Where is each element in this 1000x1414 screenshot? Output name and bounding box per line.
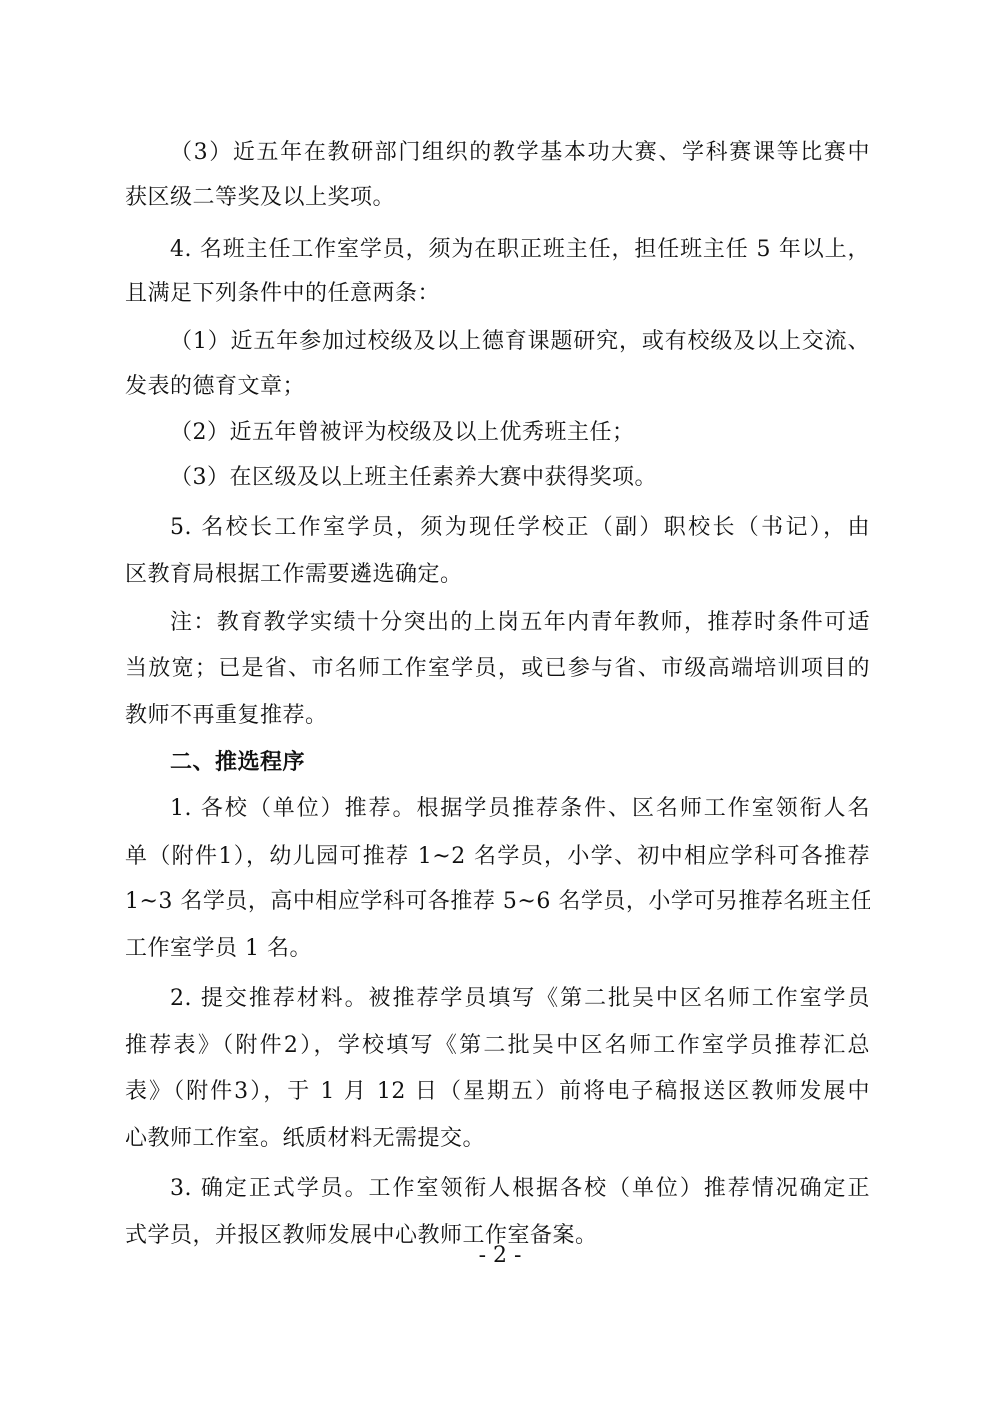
paragraph-line: 区教育局根据工作需要遴选确定。 [125,549,870,601]
paragraph-line: 注：教育教学实绩十分突出的上岗五年内青年教师，推荐时条件可适 [170,597,870,649]
paragraph-line: 教师不再重复推荐。 [125,690,870,742]
paragraph-line: 1. 各校（单位）推荐。根据学员推荐条件、区名师工作室领衔人名 [170,783,870,835]
paragraph-line: 且满足下列条件中的任意两条： [125,268,870,320]
paragraph-line: 工作室学员 1 名。 [125,923,870,975]
paragraph-line: 1~3 名学员，高中相应学科可各推荐 5~6 名学员，小学可另推荐名班主任 [125,876,870,928]
page-number: - 2 - [0,1236,1000,1276]
paragraph-line: 2. 提交推荐材料。被推荐学员填写《第二批吴中区名师工作室学员 [170,973,870,1025]
paragraph-line: 当放宽；已是省、市名师工作室学员，或已参与省、市级高端培训项目的 [125,643,870,695]
paragraph-line: 心教师工作室。纸质材料无需提交。 [125,1113,870,1165]
document-page: （3）近五年在教研部门组织的教学基本功大赛、学科赛课等比赛中获区级二等奖及以上奖… [0,0,1000,1414]
paragraph-line: 5. 名校长工作室学员，须为现任学校正（副）职校长（书记），由 [170,502,870,554]
paragraph-line: （3）在区级及以上班主任素养大赛中获得奖项。 [170,452,870,504]
paragraph-line: 发表的德育文章； [125,361,870,413]
paragraph-line: 推荐表》（附件2），学校填写《第二批吴中区名师工作室学员推荐汇总 [125,1020,870,1072]
paragraph-line: 表》（附件3），于 1 月 12 日（星期五）前将电子稿报送区教师发展中 [125,1066,870,1118]
paragraph-line: 获区级二等奖及以上奖项。 [125,172,870,224]
section-heading: 二、推选程序 [170,737,870,789]
paragraph-line: 3. 确定正式学员。工作室领衔人根据各校（单位）推荐情况确定正 [170,1163,870,1215]
